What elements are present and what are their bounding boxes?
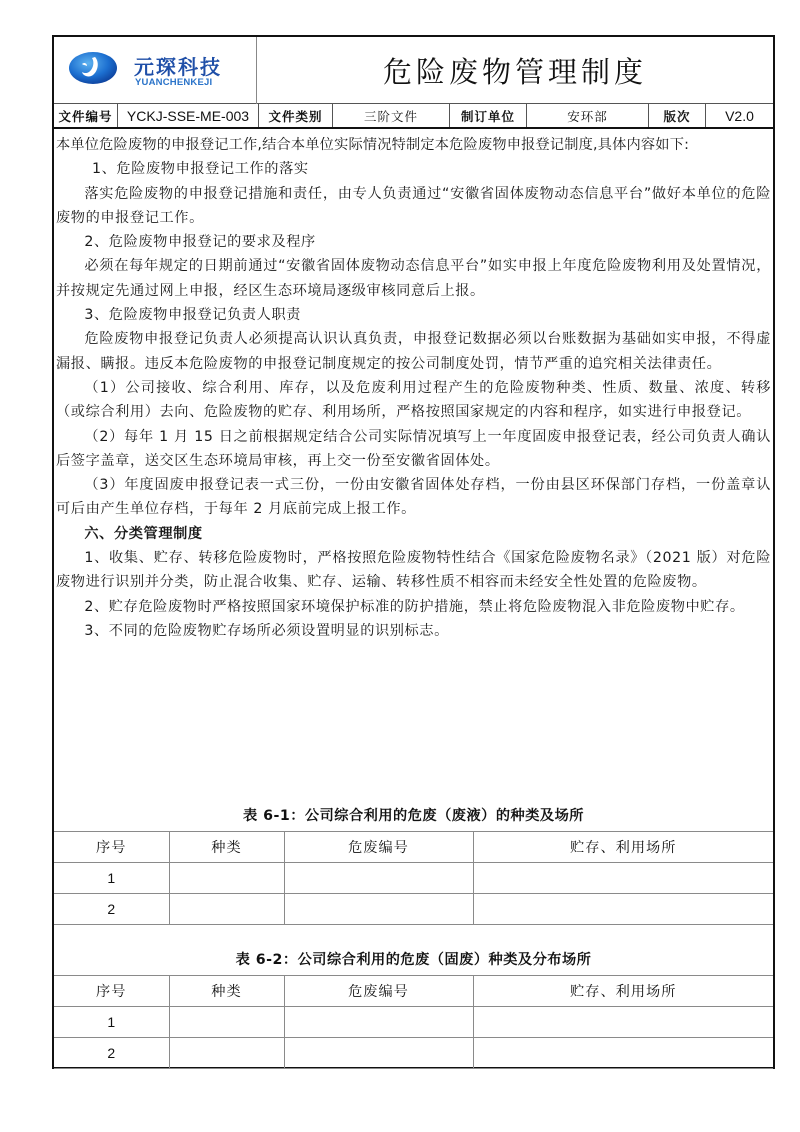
doc-number-value: YCKJ-SSE-ME-003 <box>118 104 259 127</box>
section-6-item-2: 2、贮存危险废物时严格按照国家环境保护标准的防护措施，禁止将危险废物混入非危险废… <box>56 595 771 619</box>
document-header: 元琛科技 YUANCHENKEJI 危险废物管理制度 <box>54 37 773 104</box>
document-body: 本单位危险废物的申报登记工作,结合本单位实际情况特制定本危险废物申报登记制度,具… <box>56 133 771 643</box>
version-label: 版次 <box>649 104 706 127</box>
document-frame: 元琛科技 YUANCHENKEJI 危险废物管理制度 文件编号 YCKJ-SSE… <box>52 35 775 1069</box>
doc-category-value: 三阶文件 <box>333 104 450 127</box>
document-meta-row: 文件编号 YCKJ-SSE-ME-003 文件类别 三阶文件 制订单位 安环部 … <box>54 104 773 129</box>
table-6-1-caption: 表 6-1：公司综合利用的危废（废液）的种类及场所 <box>54 805 773 825</box>
table-row: 2 <box>54 894 773 925</box>
table-cell[interactable] <box>473 894 773 925</box>
duty-item-1: （1）公司接收、综合利用、库存，以及危废利用过程产生的危险废物种类、性质、数量、… <box>56 376 771 425</box>
column-header: 种类 <box>169 832 284 863</box>
section-3-text: 危险废物申报登记负责人必须提高认识认真负责，申报登记数据必须以台账数据为基础如实… <box>56 327 771 376</box>
table-cell[interactable] <box>169 863 284 894</box>
table-cell[interactable] <box>284 863 473 894</box>
section-1-text: 落实危险废物的申报登记措施和责任，由专人负责通过“安徽省固体废物动态信息平台”做… <box>56 182 771 231</box>
company-logo: 元琛科技 YUANCHENKEJI <box>54 37 257 104</box>
table-header-row: 序号 种类 危废编号 贮存、利用场所 <box>54 832 773 863</box>
table-cell: 2 <box>54 1038 169 1069</box>
table-cell[interactable] <box>169 1007 284 1038</box>
section-3-heading: 3、危险废物申报登记负责人职责 <box>56 303 771 327</box>
table-cell: 2 <box>54 894 169 925</box>
company-name-en: YUANCHENKEJI <box>135 77 212 88</box>
title-cell: 危险废物管理制度 <box>257 37 773 104</box>
column-header: 危废编号 <box>284 976 473 1007</box>
column-header: 序号 <box>54 976 169 1007</box>
doc-category-label: 文件类别 <box>259 104 333 127</box>
section-6-item-1: 1、收集、贮存、转移危险废物时，严格按照危险废物特性结合《国家危险废物名录》（2… <box>56 546 771 595</box>
table-cell[interactable] <box>284 1038 473 1069</box>
section-2-heading: 2、危险废物申报登记的要求及程序 <box>56 230 771 254</box>
table-row: 1 <box>54 863 773 894</box>
company-name-cn: 元琛科技 <box>134 51 222 80</box>
table-row: 1 <box>54 1007 773 1038</box>
issuing-unit-value: 安环部 <box>527 104 649 127</box>
intro-paragraph: 本单位危险废物的申报登记工作,结合本单位实际情况特制定本危险废物申报登记制度,具… <box>56 133 771 157</box>
table-cell[interactable] <box>473 863 773 894</box>
section-2-text: 必须在每年规定的日期前通过“安徽省固体废物动态信息平台”如实申报上年度危险废物利… <box>56 254 771 303</box>
table-cell[interactable] <box>169 1038 284 1069</box>
column-header: 危废编号 <box>284 832 473 863</box>
version-value: V2.0 <box>706 104 773 127</box>
table-row: 2 <box>54 1038 773 1069</box>
column-header: 贮存、利用场所 <box>473 976 773 1007</box>
duty-item-3: （3）年度固废申报登记表一式三份，一份由安徽省固体处存档，一份由县区环保部门存档… <box>56 473 771 522</box>
column-header: 贮存、利用场所 <box>473 832 773 863</box>
section-1-heading: 1、危险废物申报登记工作的落实 <box>56 157 771 181</box>
company-logo-icon <box>68 51 118 85</box>
table-header-row: 序号 种类 危废编号 贮存、利用场所 <box>54 976 773 1007</box>
duty-item-2: （2）每年 1 月 15 日之前根据规定结合公司实际情况填写上一年度固废申报登记… <box>56 425 771 474</box>
table-cell: 1 <box>54 1007 169 1038</box>
column-header: 序号 <box>54 832 169 863</box>
table-cell[interactable] <box>473 1038 773 1069</box>
column-header: 种类 <box>169 976 284 1007</box>
table-cell[interactable] <box>473 1007 773 1038</box>
table-6-2: 序号 种类 危废编号 贮存、利用场所 1 2 <box>54 975 773 1069</box>
document-title: 危险废物管理制度 <box>383 50 647 91</box>
table-6-1: 序号 种类 危废编号 贮存、利用场所 1 2 <box>54 831 773 925</box>
section-6-heading: 六、分类管理制度 <box>56 522 771 546</box>
table-cell: 1 <box>54 863 169 894</box>
section-6-item-3: 3、不同的危险废物贮存场所必须设置明显的识别标志。 <box>56 619 771 643</box>
table-cell[interactable] <box>284 894 473 925</box>
doc-number-label: 文件编号 <box>54 104 118 127</box>
table-6-2-caption: 表 6-2：公司综合利用的危废（固废）种类及分布场所 <box>54 949 773 969</box>
table-cell[interactable] <box>169 894 284 925</box>
table-cell[interactable] <box>284 1007 473 1038</box>
issuing-unit-label: 制订单位 <box>450 104 527 127</box>
